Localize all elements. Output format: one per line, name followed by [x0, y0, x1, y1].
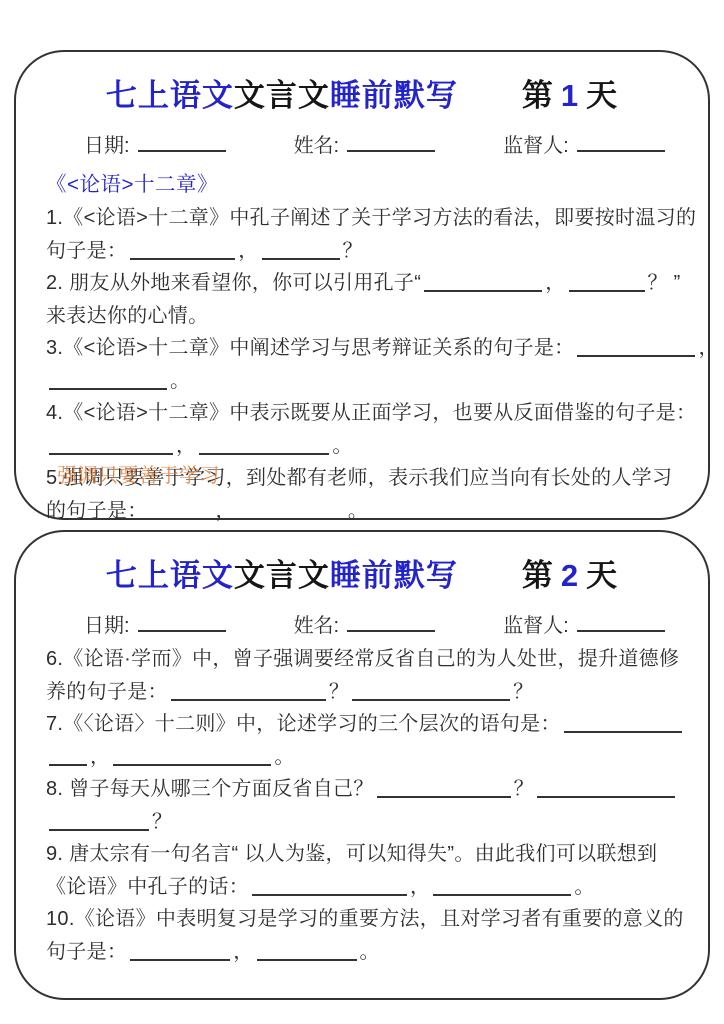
answer-blank-line	[257, 939, 357, 961]
answer-blank-line	[564, 711, 682, 733]
field-blank-line	[347, 134, 435, 152]
question-text: 。	[348, 500, 368, 522]
worksheet-page: 七上语文文言文睡前默写 第1天 日期:姓名:监督人: 《<论语>十二章》 1.《…	[0, 0, 724, 1000]
question-list: 6.《论语·学而》中，曾子强调要经常反省自己的为人处世，提升道德修养的句子是：？…	[46, 643, 678, 968]
field-label: 姓名:	[294, 609, 340, 638]
day-prefix: 第	[522, 558, 554, 593]
question-text: ，	[410, 876, 430, 898]
question-text: 2. 朋友从外地来看望你，你可以引用孔子“	[46, 272, 421, 294]
supervisor-field: 监督人:	[503, 609, 665, 638]
answer-blank-line	[130, 238, 235, 260]
question-text: 。	[360, 941, 380, 963]
question-line: 3.《<论语>十二章》中阐述学习与思考辩证关系的句子是：，	[46, 332, 678, 365]
day-badge: 第2天	[522, 550, 618, 595]
field-blank-line	[138, 134, 226, 152]
title-segment: 七上语文	[106, 558, 234, 593]
answer-blank-line	[577, 335, 695, 357]
question-text: 8. 曾子每天从哪三个方面反省自己？	[46, 778, 374, 800]
question-text: ，到处都有老师，表示我们应当向有长处的人学习	[226, 467, 673, 489]
question-text: ？	[152, 811, 172, 833]
question-text: 养的句子是：	[46, 681, 168, 703]
question: 1.《<论语>十二章》中孔子阐述了关于学习方法的看法，即要按时温习的句子是：，？	[46, 202, 678, 267]
question-line: 8. 曾子每天从哪三个方面反省自己？？	[46, 773, 678, 806]
answer-blank-line	[171, 679, 326, 701]
question-line: ？	[46, 806, 678, 839]
question-list: 1.《<论语>十二章》中孔子阐述了关于学习方法的看法，即要按时温习的句子是：，？…	[46, 202, 678, 527]
question-line: 7.《〈论语〉十二则》中，论述学习的三个层次的语句是：	[46, 708, 678, 741]
answer-blank-line	[262, 238, 340, 260]
question: 10.《论语》中表明复习是学习的重要方法，且对学习者有重要的意义的句子是：，。	[46, 903, 678, 968]
question-line: 2. 朋友从外地来看望你，你可以引用孔子“，？ ”	[46, 267, 678, 300]
question-line: 养的句子是：？？	[46, 676, 678, 709]
question-text: 4.《<论语>十二章》中表示既要从正面学习，也要从反面借鉴的句子是：	[46, 402, 696, 424]
question-text: 7.《〈论语〉十二则》中，论述学习的三个层次的语句是：	[46, 713, 561, 735]
field-label: 姓名:	[294, 129, 340, 158]
question-line: 9. 唐太宗有一句名言“ 以人为鉴，可以知得失”。由此我们可以联想到	[46, 838, 678, 871]
day-number: 1	[561, 78, 579, 113]
question-text: 句子是：	[46, 240, 127, 262]
answer-blank-line	[569, 270, 645, 292]
field-blank-line	[577, 134, 665, 152]
question: 2. 朋友从外地来看望你，你可以引用孔子“，？ ”来表达你的心情。	[46, 267, 678, 332]
card-list: 七上语文文言文睡前默写 第1天 日期:姓名:监督人: 《<论语>十二章》 1.《…	[0, 50, 724, 1000]
question-text: ？	[329, 681, 349, 703]
answer-blank-line	[49, 433, 173, 455]
question-text: ，	[176, 435, 196, 457]
question-text: 句子是：	[46, 941, 127, 963]
day-number: 2	[561, 558, 579, 593]
question-text: 5.	[46, 467, 63, 489]
question-line: 10.《论语》中表明复习是学习的重要方法，且对学习者有重要的意义的	[46, 903, 678, 936]
field-blank-line	[577, 614, 665, 632]
question-text: ？	[343, 240, 363, 262]
worksheet-card-day2: 七上语文文言文睡前默写 第2天 日期:姓名:监督人: 6.《论语·学而》中，曾子…	[14, 530, 710, 1000]
question-line: 句子是：，。	[46, 936, 678, 969]
field-label: 监督人:	[503, 129, 569, 158]
worksheet-card-day1: 七上语文文言文睡前默写 第1天 日期:姓名:监督人: 《<论语>十二章》 1.《…	[14, 50, 710, 520]
question-text: 的句子是：	[46, 500, 148, 522]
question-line: 《论语》中孔子的话：，。	[46, 871, 678, 904]
question-text: 《论语》中孔子的话：	[46, 876, 249, 898]
question: 5.强调只要善于学习强调只要善于学习，到处都有老师，表示我们应当向有长处的人学习…	[46, 462, 678, 527]
question-line: 。	[46, 365, 678, 398]
answer-blank-line	[199, 433, 329, 455]
question-text: 6.《论语·学而》中，曾子强调要经常反省自己的为人处世，提升道德修	[46, 648, 679, 670]
question-text: ，	[216, 500, 236, 522]
question-text: 9. 唐太宗有一句名言“ 以人为鉴，可以知得失”。由此我们可以联想到	[46, 843, 657, 865]
date-field: 日期:	[84, 129, 226, 158]
question-line: 4.《<论语>十二章》中表示既要从正面学习，也要从反面借鉴的句子是：	[46, 397, 678, 430]
question: 9. 唐太宗有一句名言“ 以人为鉴，可以知得失”。由此我们可以联想到《论语》中孔…	[46, 838, 678, 903]
field-label: 日期:	[84, 609, 130, 638]
answer-blank-line	[239, 498, 345, 520]
header-fields: 日期:姓名:监督人:	[46, 129, 678, 158]
answer-blank-line	[151, 498, 213, 520]
question: 8. 曾子每天从哪三个方面反省自己？？？	[46, 773, 678, 838]
question-text: 强调只要善于学习	[63, 467, 225, 489]
title-text: 七上语文文言文睡前默写	[106, 70, 458, 115]
question-text: ，	[90, 746, 110, 768]
question: 6.《论语·学而》中，曾子强调要经常反省自己的为人处世，提升道德修养的句子是：？…	[46, 643, 678, 708]
question-text: 。	[170, 370, 190, 392]
title-segment: 文言文	[234, 78, 330, 113]
question-text: ，	[698, 337, 718, 359]
answer-blank-line	[49, 744, 87, 766]
answer-blank-line	[424, 270, 542, 292]
name-field: 姓名:	[294, 609, 436, 638]
day-suffix: 天	[586, 78, 618, 113]
title-segment: 文言文	[234, 558, 330, 593]
question-text: 10.《论语》中表明复习是学习的重要方法，且对学习者有重要的意义的	[46, 908, 684, 930]
answer-blank-line	[49, 368, 167, 390]
field-blank-line	[347, 614, 435, 632]
question: 4.《<论语>十二章》中表示既要从正面学习，也要从反面借鉴的句子是：，。	[46, 397, 678, 462]
day-suffix: 天	[586, 558, 618, 593]
card-title: 七上语文文言文睡前默写 第1天	[46, 70, 678, 115]
title-text: 七上语文文言文睡前默写	[106, 550, 458, 595]
field-label: 日期:	[84, 129, 130, 158]
question-text: ？ ”	[648, 272, 681, 294]
question-text: ？	[514, 778, 534, 800]
question-text: 。	[574, 876, 594, 898]
question-text: 来表达你的心情。	[46, 305, 208, 327]
question: 3.《<论语>十二章》中阐述学习与思考辩证关系的句子是：，。	[46, 332, 678, 397]
field-label: 监督人:	[503, 609, 569, 638]
day-prefix: 第	[522, 78, 554, 113]
date-field: 日期:	[84, 609, 226, 638]
day-badge: 第1天	[522, 70, 618, 115]
title-segment: 睡前默写	[330, 558, 458, 593]
question-line: ，。	[46, 430, 678, 463]
field-blank-line	[138, 614, 226, 632]
question-line: 5.强调只要善于学习强调只要善于学习，到处都有老师，表示我们应当向有长处的人学习	[46, 462, 678, 495]
title-segment: 睡前默写	[330, 78, 458, 113]
watermarked-text: 强调只要善于学习强调只要善于学习	[63, 462, 225, 495]
question-line: 1.《<论语>十二章》中孔子阐述了关于学习方法的看法，即要按时温习的	[46, 202, 678, 235]
question-text: 3.《<论语>十二章》中阐述学习与思考辩证关系的句子是：	[46, 337, 574, 359]
question-line: 来表达你的心情。	[46, 300, 678, 333]
question-line: 句子是：，？	[46, 235, 678, 268]
question: 7.《〈论语〉十二则》中，论述学习的三个层次的语句是：，。	[46, 708, 678, 773]
answer-blank-line	[49, 809, 149, 831]
answer-blank-line	[537, 776, 675, 798]
answer-blank-line	[130, 939, 230, 961]
answer-blank-line	[433, 874, 571, 896]
answer-blank-line	[252, 874, 407, 896]
answer-blank-line	[377, 776, 511, 798]
question-line: 的句子是：，。	[46, 495, 678, 528]
answer-blank-line	[352, 679, 510, 701]
question-text: 。	[332, 435, 352, 457]
name-field: 姓名:	[294, 129, 436, 158]
question-text: 。	[274, 746, 294, 768]
title-segment: 七上语文	[106, 78, 234, 113]
question-text: ，	[238, 240, 258, 262]
question-line: 6.《论语·学而》中，曾子强调要经常反省自己的为人处世，提升道德修	[46, 643, 678, 676]
card-title: 七上语文文言文睡前默写 第2天	[46, 550, 678, 595]
header-fields: 日期:姓名:监督人:	[46, 609, 678, 638]
question-text: 1.《<论语>十二章》中孔子阐述了关于学习方法的看法，即要按时温习的	[46, 207, 696, 229]
supervisor-field: 监督人:	[503, 129, 665, 158]
question-line: ，。	[46, 741, 678, 774]
question-text: ，	[233, 941, 253, 963]
question-text: ？	[513, 681, 533, 703]
question-text: ，	[545, 272, 565, 294]
section-title: 《<论语>十二章》	[46, 167, 678, 197]
answer-blank-line	[113, 744, 271, 766]
